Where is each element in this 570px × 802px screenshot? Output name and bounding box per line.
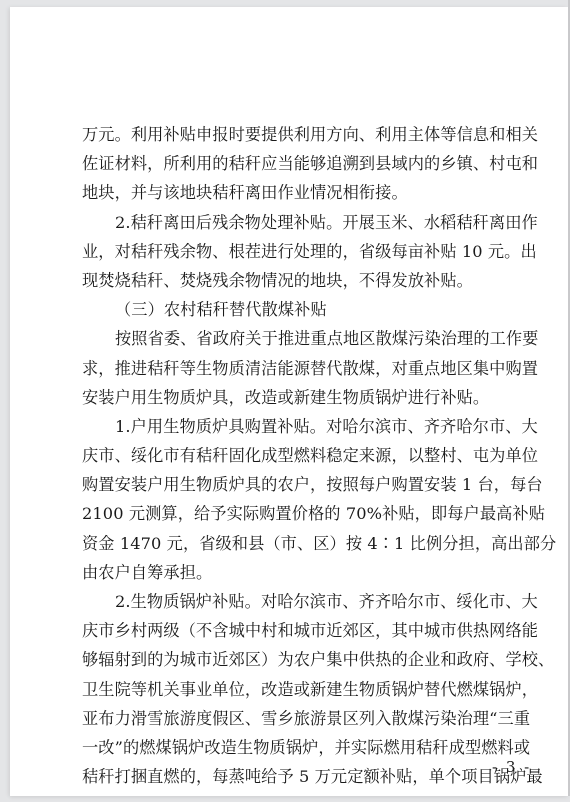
text-line: 由农户自筹承担。 xyxy=(82,558,496,587)
text-line: 庆市、绥化市有秸秆固化成型燃料稳定来源，以整村、屯为单位 xyxy=(82,441,496,470)
text-line: 亚布力滑雪旅游度假区、雪乡旅游景区列入散煤污染治理“三重 xyxy=(82,704,496,733)
text-line: 2100 元测算，给予实际购置价格的 70%补贴，即每户最高补贴 xyxy=(82,499,496,528)
text-line: 按照省委、省政府关于推进重点地区散煤污染治理的工作要 xyxy=(82,324,496,353)
text-line: （三）农村秸秆替代散煤补贴 xyxy=(82,295,496,324)
text-line: 地块，并与该地块秸秆离田作业情况相衔接。 xyxy=(82,178,496,207)
text-line: 1.户用生物质炉具购置补贴。对哈尔滨市、齐齐哈尔市、大 xyxy=(82,412,496,441)
text-line: 庆市乡村两级（不含城中村和城市近郊区，其中城市供热网络能 xyxy=(82,616,496,645)
body-text: 万元。利用补贴申报时要提供利用方向、利用主体等信息和相关佐证材料，所利用的秸秆应… xyxy=(82,120,496,791)
text-line: 购置安装户用生物质炉具的农户，按照每户购置安装 1 台，每台 xyxy=(82,470,496,499)
text-line: 卫生院等机关事业单位，改造或新建生物质锅炉替代燃煤锅炉， xyxy=(82,675,496,704)
text-line: 2.秸秆离田后残余物处理补贴。开展玉米、水稻秸秆离田作 xyxy=(82,208,496,237)
text-line: 佐证材料，所利用的秸秆应当能够追溯到县域内的乡镇、村屯和 xyxy=(82,149,496,178)
document-page: 万元。利用补贴申报时要提供利用方向、利用主体等信息和相关佐证材料，所利用的秸秆应… xyxy=(10,7,568,796)
text-line: 求，推进秸秆等生物质清洁能源替代散煤，对重点地区集中购置 xyxy=(82,354,496,383)
text-line: 秸秆打捆直燃的，每蒸吨给予 5 万元定额补贴，单个项目锅炉最 xyxy=(82,762,496,791)
text-line: 资金 1470 元，省级和县（市、区）按 4∶1 比例分担，高出部分 xyxy=(82,529,496,558)
text-line: 安装户用生物质炉具，改造或新建生物质锅炉进行补贴。 xyxy=(82,383,496,412)
text-line: 万元。利用补贴申报时要提供利用方向、利用主体等信息和相关 xyxy=(82,120,496,149)
text-line: 2.生物质锅炉补贴。对哈尔滨市、齐齐哈尔市、绥化市、大 xyxy=(82,587,496,616)
page-number: - 3 - xyxy=(492,758,531,776)
text-line: 够辐射到的为城市近郊区）为农户集中供热的企业和政府、学校、 xyxy=(82,645,496,674)
text-line: 现焚烧秸秆、焚烧残余物情况的地块，不得发放补贴。 xyxy=(82,266,496,295)
text-line: 一改”的燃煤锅炉改造生物质锅炉，并实际燃用秸秆成型燃料或 xyxy=(82,733,496,762)
text-line: 业，对秸秆残余物、根茬进行处理的，省级每亩补贴 10 元。出 xyxy=(82,237,496,266)
